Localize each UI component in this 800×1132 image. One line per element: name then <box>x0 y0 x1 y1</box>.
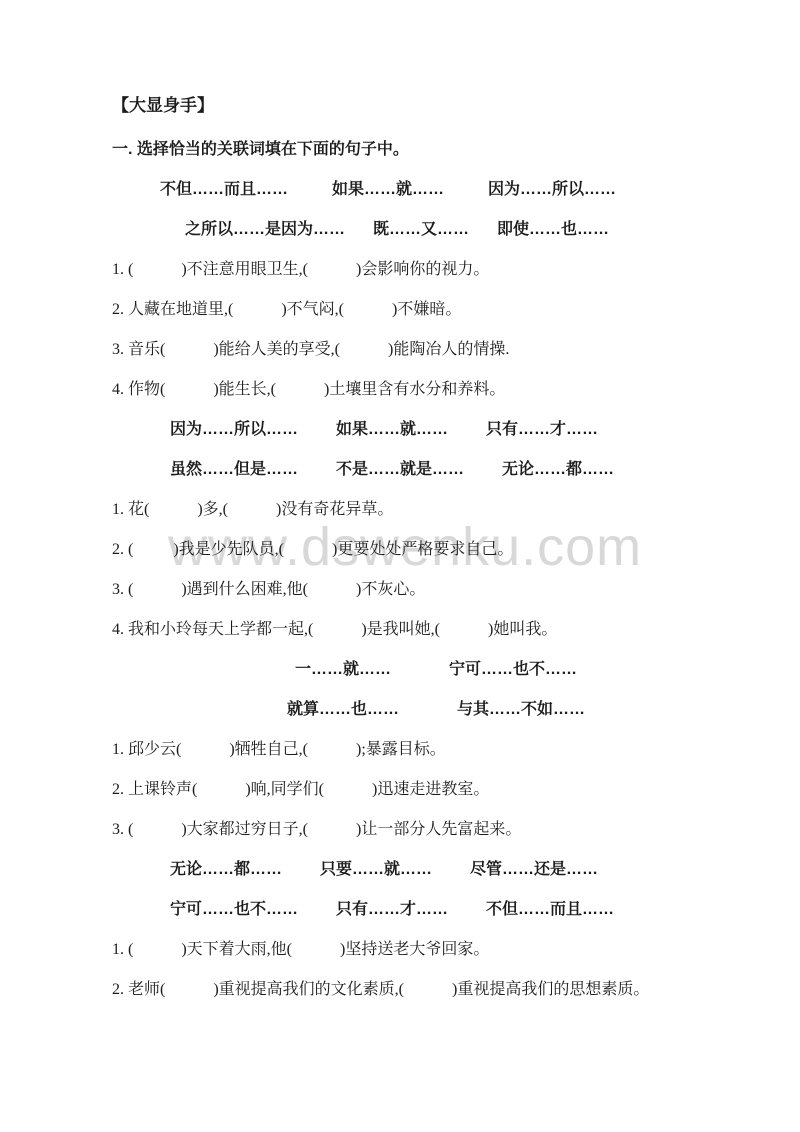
fill-blank-sentence: 1. 邱少云( )牺牲自己,( );暴露目标。 <box>112 737 760 763</box>
word-bank-item: 只有……才…… <box>336 897 448 923</box>
word-bank-row: 宁可……也不…… 只有……才…… 不但……而且…… <box>112 897 760 923</box>
fill-blank-sentence: 2. ( )我是少先队员,( )更要处处严格要求自己。 <box>112 537 760 563</box>
word-bank-item: 一……就…… <box>295 657 391 683</box>
fill-blank-sentence: 3. 音乐( )能给人美的享受,( )能陶冶人的情操. <box>112 337 760 363</box>
fill-blank-sentence: 1. 花( )多,( )没有奇花异草。 <box>112 497 760 523</box>
word-bank-item: 之所以……是因为…… <box>185 217 345 243</box>
fill-blank-sentence: 1. ( )不注意用眼卫生,( )会影响你的视力。 <box>112 257 760 283</box>
word-bank-item: 只有……才…… <box>486 417 598 443</box>
word-bank-item: 不但……而且…… <box>160 177 288 203</box>
word-bank-item: 因为……所以…… <box>488 177 616 203</box>
fill-blank-sentence: 2. 老师( )重视提高我们的文化素质,( )重视提高我们的思想素质。 <box>112 977 760 1003</box>
word-bank-row: 无论……都…… 只要……就…… 尽管……还是…… <box>112 857 760 883</box>
fill-blank-sentence: 2. 上课铃声( )响,同学们( )迅速走进教室。 <box>112 777 760 803</box>
fill-blank-sentence: 2. 人藏在地道里,( )不气闷,( )不嫌暗。 <box>112 297 760 323</box>
fill-blank-sentence: 3. ( )遇到什么困难,他( )不灰心。 <box>112 577 760 603</box>
word-bank-item: 即使……也…… <box>497 217 609 243</box>
word-bank-item: 如果……就…… <box>332 177 444 203</box>
word-bank-item: 只要……就…… <box>320 857 432 883</box>
section-heading: 一. 选择恰当的关联词填在下面的句子中。 <box>112 137 760 163</box>
word-bank-item: 无论……都…… <box>170 857 282 883</box>
word-bank-item: 虽然……但是…… <box>170 457 298 483</box>
word-bank-row: 一……就…… 宁可……也不…… <box>112 657 760 683</box>
word-bank-item: 尽管……还是…… <box>470 857 598 883</box>
word-bank-item: 不但……而且…… <box>486 897 614 923</box>
fill-blank-sentence: 4. 作物( )能生长,( )土壤里含有水分和养料。 <box>112 377 760 403</box>
word-bank-item: 宁可……也不…… <box>449 657 577 683</box>
word-bank-item: 既……又…… <box>373 217 469 243</box>
word-bank-row: 不但……而且…… 如果……就…… 因为……所以…… <box>112 177 760 203</box>
fill-blank-sentence: 3. ( )大家都过穷日子,( )让一部分人先富起来。 <box>112 817 760 843</box>
word-bank-item: 与其……不如…… <box>457 697 585 723</box>
fill-blank-sentence: 1. ( )天下着大雨,他( )坚持送老大爷回家。 <box>112 937 760 963</box>
word-bank-item: 如果……就…… <box>336 417 448 443</box>
fill-blank-sentence: 4. 我和小玲每天上学都一起,( )是我叫她,( )她叫我。 <box>112 617 760 643</box>
word-bank-row: 因为……所以…… 如果……就…… 只有……才…… <box>112 417 760 443</box>
word-bank-item: 因为……所以…… <box>170 417 298 443</box>
page-title: 【大显身手】 <box>112 93 760 119</box>
word-bank-row: 就算……也…… 与其……不如…… <box>112 697 760 723</box>
word-bank-item: 就算……也…… <box>287 697 399 723</box>
word-bank-item: 无论……都…… <box>502 457 614 483</box>
word-bank-row: 之所以……是因为…… 既……又…… 即使……也…… <box>112 217 760 243</box>
word-bank-item: 宁可……也不…… <box>170 897 298 923</box>
word-bank-row: 虽然……但是…… 不是……就是…… 无论……都…… <box>112 457 760 483</box>
word-bank-item: 不是……就是…… <box>336 457 464 483</box>
worksheet-page: www.dswenku.com 【大显身手】 一. 选择恰当的关联词填在下面的句… <box>0 0 800 1132</box>
